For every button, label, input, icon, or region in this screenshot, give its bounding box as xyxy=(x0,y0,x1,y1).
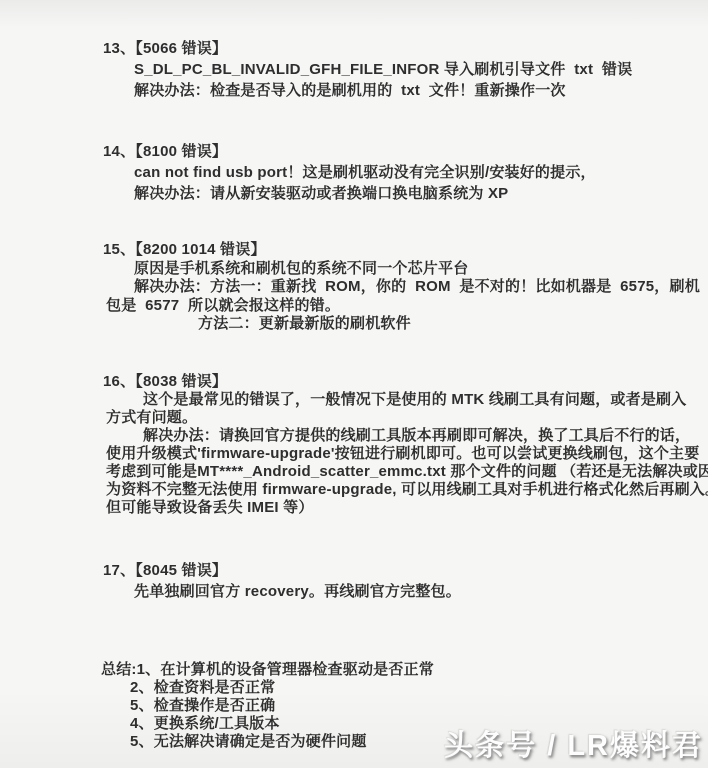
doc-line: 解决办法：请换回官方提供的线刷工具版本再刷即可解决，换了工具后不行的话， xyxy=(143,427,708,445)
doc-line: 14、【8100 错误】 xyxy=(103,141,708,162)
watermark-text: 头条号 / LR爆料君 xyxy=(444,723,703,764)
section-error-14: 14、【8100 错误】can not find usb port！这是刷机驱动… xyxy=(0,141,708,204)
doc-line: 方法二：更新最新版的刷机软件 xyxy=(198,315,708,334)
doc-line: 为资料不完整无法使用 firmware-upgrade, 可以用线刷工具对手机进… xyxy=(106,481,708,499)
doc-line: 原因是手机系统和刷机包的系统不同一个芯片平台 xyxy=(134,260,708,279)
doc-line: S_DL_PC_BL_INVALID_GFH_FILE_INFOR 导入刷机引导… xyxy=(134,59,708,80)
document-page: 13、【5066 错误】S_DL_PC_BL_INVALID_GFH_FILE_… xyxy=(0,0,708,768)
section-error-17: 17、【8045 错误】先单独刷回官方 recovery。再线刷官方完整包。 xyxy=(0,560,708,602)
section-error-13: 13、【5066 错误】S_DL_PC_BL_INVALID_GFH_FILE_… xyxy=(0,38,708,101)
doc-line: 解决办法：方法一：重新找 ROM，你的 ROM 是不对的！比如机器是 6575，… xyxy=(134,278,708,297)
doc-line: 17、【8045 错误】 xyxy=(103,560,708,581)
doc-line: 考虑到可能是MT****_Android_scatter_emmc.txt 那个… xyxy=(106,463,708,481)
section-error-16: 16、【8038 错误】这个是最常见的错误了，一般情况下是使用的 MTK 线刷工… xyxy=(0,373,708,517)
doc-line: 这个是最常见的错误了，一般情况下是使用的 MTK 线刷工具有问题，或者是刷入 xyxy=(143,391,708,409)
doc-line: 解决办法：请从新安装驱动或者换端口换电脑系统为 XP xyxy=(134,183,708,204)
doc-line: 2、检查资料是否正常 xyxy=(130,679,708,697)
doc-line: 5、检查操作是否正确 xyxy=(130,697,708,715)
doc-line: 但可能导致设备丢失 IMEI 等） xyxy=(106,499,708,517)
doc-line: 总结:1、在计算机的设备管理器检查驱动是否正常 xyxy=(101,661,708,679)
section-error-15: 15、【8200 1014 错误】原因是手机系统和刷机包的系统不同一个芯片平台解… xyxy=(0,241,708,334)
doc-line: 方式有问题。 xyxy=(106,409,708,427)
doc-line: 16、【8038 错误】 xyxy=(103,373,708,391)
doc-line: 15、【8200 1014 错误】 xyxy=(103,241,708,260)
doc-line: 使用升级模式'firmware-upgrade'按钮进行刷机即可。也可以尝试更换… xyxy=(106,445,708,463)
doc-line: 13、【5066 错误】 xyxy=(103,38,708,59)
doc-line: 包是 6577 所以就会报这样的错。 xyxy=(106,297,708,316)
doc-line: can not find usb port！这是刷机驱动没有完全识别/安装好的提… xyxy=(134,162,708,183)
doc-line: 解决办法：检查是否导入的是刷机用的 txt 文件！重新操作一次 xyxy=(134,80,708,101)
doc-line: 先单独刷回官方 recovery。再线刷官方完整包。 xyxy=(134,581,708,602)
